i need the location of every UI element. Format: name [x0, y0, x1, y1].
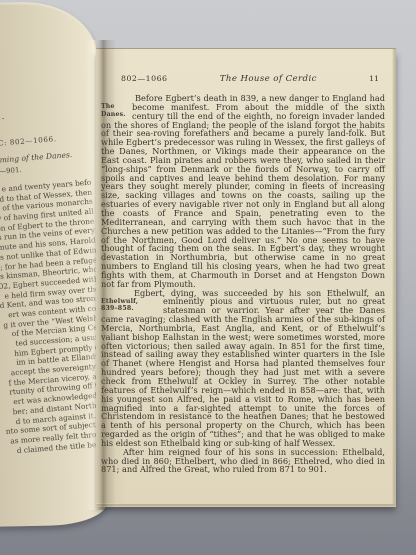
side-note: The Danes. — [101, 94, 132, 121]
left-chapter-number: II. — [0, 111, 6, 123]
paragraph: The Danes.Before Egbert’s death in 839, … — [101, 94, 385, 289]
paragraph-text: Before Egbert’s death in 839, a new dang… — [101, 93, 385, 289]
paragraph: After him reigned four of his sons in su… — [101, 448, 385, 475]
right-page: 802—1066 The House of Cerdic 11 The Dane… — [96, 48, 396, 504]
paragraph: Ethelwulf, 839–858.Egbert, dying, was su… — [101, 289, 385, 448]
page-number: 11 — [369, 74, 379, 83]
running-header: 802—1066 The House of Cerdic 11 — [101, 74, 385, 84]
left-page: II. DIC: 802—1066. Coming of the Danes. … — [0, 1, 107, 528]
book-photo: II. DIC: 802—1066. Coming of the Danes. … — [0, 0, 416, 555]
left-section-title-fragment: Coming of the Danes. — [0, 150, 73, 165]
left-section-dates-fragment: 02—901. — [0, 166, 22, 176]
side-note-text: Ethelwulf, 839–858. — [101, 298, 163, 313]
header-date-range: 802—1066 — [121, 74, 168, 83]
left-chapter-title-fragment: DIC: 802—1066. — [0, 134, 57, 148]
left-body-fragments: e and twenty years befo dded to that of … — [0, 178, 112, 465]
body-text: The Danes.Before Egbert’s death in 839, … — [101, 94, 385, 474]
right-page-content: 802—1066 The House of Cerdic 11 The Dane… — [101, 49, 385, 474]
paragraph-text: After him reigned four of his sons in su… — [101, 447, 385, 475]
side-note-text: The Danes. — [101, 103, 132, 118]
header-running-title: The House of Cerdic — [168, 74, 370, 84]
